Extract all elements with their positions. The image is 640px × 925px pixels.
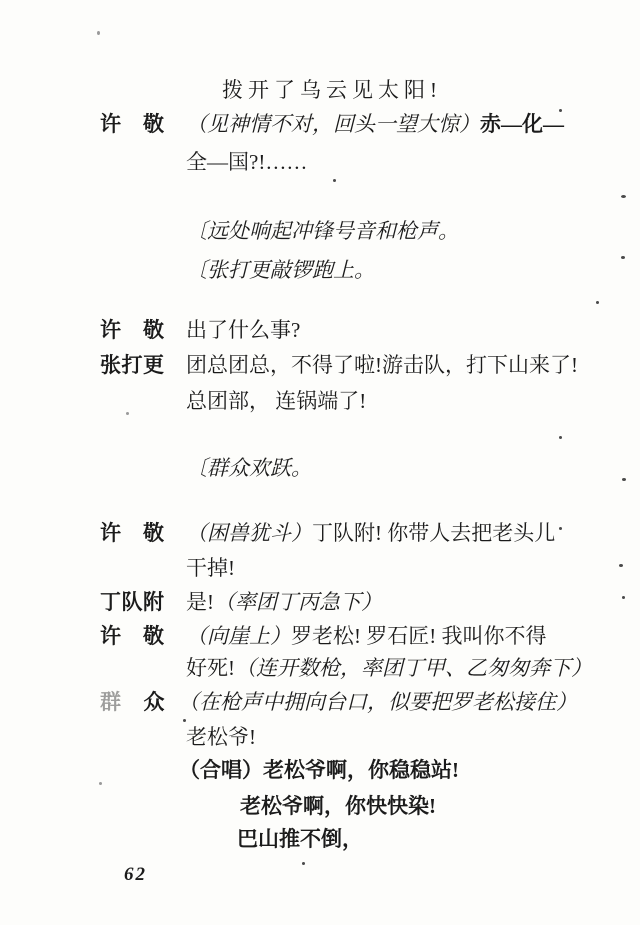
lyric-text: 拨开了乌云见太阳!: [222, 77, 442, 104]
stage-direction: （见神情不对，回头一望大惊）: [186, 112, 480, 136]
ink-speck: [622, 478, 626, 481]
speaker-name: 许 敬: [100, 520, 165, 547]
dialogue-text: 是!: [186, 590, 214, 614]
line-text: （见神情不对，回头一望大惊）赤—化—: [186, 111, 564, 138]
speaker-name: 许 敬: [100, 111, 165, 138]
ink-speck: [559, 436, 562, 439]
script-line: 全—国?!……: [0, 149, 640, 176]
ink-speck: [596, 301, 599, 304]
script-line: 老松爷啊，你快快染!: [0, 793, 640, 820]
dialogue-text: 干掉!: [186, 555, 235, 582]
ink-speck: [559, 527, 562, 530]
script-line: 丁队附 是!（率团丁丙急下）: [0, 589, 640, 616]
ink-speck: [302, 862, 305, 865]
dialogue-text: 罗老松! 罗石匠! 我叫你不得: [291, 624, 547, 648]
dialogue-text: 总团部， 连锅端了!: [186, 388, 366, 415]
dialogue-text: 出了什么事?: [186, 317, 300, 344]
script-line: 〔张打更敲锣跑上。: [0, 257, 640, 284]
speaker-name: 张打更: [100, 352, 165, 379]
dialogue-text: 赤—化—: [480, 112, 564, 136]
script-line: 许 敬 （向崖上）罗老松! 罗石匠! 我叫你不得: [0, 623, 640, 650]
stage-direction: （困兽犹斗）: [186, 521, 312, 545]
dialogue-text: 丁队附! 你带人去把老头儿: [312, 521, 555, 545]
ink-speck: [559, 109, 562, 112]
line-text: （向崖上）罗老松! 罗石匠! 我叫你不得: [186, 623, 547, 650]
speaker-name: 许 敬: [100, 623, 165, 650]
line-text: （困兽犹斗）丁队附! 你带人去把老头儿: [186, 520, 555, 547]
lyric-text: 老松爷啊，你快快染!: [240, 793, 436, 820]
dialogue-text: 好死!: [186, 656, 235, 680]
stage-direction: （在枪声中拥向台口，似要把罗老松接住）: [178, 689, 577, 716]
stage-direction: （连开数枪，率团丁甲、乙匆匆奔下）: [235, 656, 592, 680]
speaker-name: 丁队附: [100, 589, 165, 616]
ink-speck: [619, 564, 623, 567]
ink-speck: [621, 256, 625, 259]
ink-speck: [621, 195, 626, 198]
line-text: 是!（率团丁丙急下）: [186, 589, 382, 616]
stage-direction: （向崖上）: [186, 624, 291, 648]
script-line: 群众 （在枪声中拥向台口，似要把罗老松接住）: [0, 689, 640, 716]
page-number: 62: [124, 864, 147, 886]
script-line: 〔远处响起冲锋号音和枪声。: [0, 218, 640, 245]
script-line: 拨开了乌云见太阳!: [0, 77, 640, 104]
script-line: 好死!（连开数枪，率团丁甲、乙匆匆奔下）: [0, 655, 640, 682]
ink-speck: [126, 412, 129, 415]
speaker-damaged-glyph: 群: [100, 691, 122, 714]
script-line: 张打更 团总团总，不得了啦!游击队，打下山来了!: [0, 352, 640, 379]
ink-speck: [622, 596, 625, 599]
lyric-text: （合唱）老松爷啊，你稳稳站!: [179, 757, 459, 784]
ink-speck: [99, 782, 102, 785]
stage-direction: 〔群众欢跃。: [186, 455, 312, 482]
script-line: 干掉!: [0, 555, 640, 582]
ink-speck: [183, 719, 186, 722]
script-line: 巴山推不倒，: [0, 826, 640, 853]
script-line: 许 敬 出了什么事?: [0, 317, 640, 344]
line-text: 好死!（连开数枪，率团丁甲、乙匆匆奔下）: [186, 655, 592, 682]
script-line: 〔群众欢跃。: [0, 455, 640, 482]
script-line: 总团部， 连锅端了!: [0, 388, 640, 415]
dialogue-text: 老松爷!: [186, 724, 256, 751]
script-line: 老松爷!: [0, 724, 640, 751]
lyric-text: 巴山推不倒，: [237, 826, 363, 853]
script-line: 许 敬 （困兽犹斗）丁队附! 你带人去把老头儿: [0, 520, 640, 547]
book-page: 拨开了乌云见太阳! 许 敬 （见神情不对，回头一望大惊）赤—化— 全—国?!………: [0, 0, 640, 925]
script-line: 许 敬 （见神情不对，回头一望大惊）赤—化—: [0, 111, 640, 138]
ink-speck: [97, 31, 100, 35]
speaker-name: 许 敬: [100, 317, 165, 344]
dialogue-text: 团总团总，不得了啦!游击队，打下山来了!: [186, 352, 578, 379]
ink-speck: [333, 179, 336, 182]
dialogue-text: 全—国?!……: [186, 149, 307, 176]
script-line: （合唱）老松爷啊，你稳稳站!: [0, 757, 640, 784]
speaker-name: 群众: [100, 689, 165, 716]
stage-direction: （率团丁丙急下）: [214, 590, 382, 614]
stage-direction: 〔远处响起冲锋号音和枪声。: [186, 218, 459, 245]
stage-direction: 〔张打更敲锣跑上。: [186, 257, 375, 284]
